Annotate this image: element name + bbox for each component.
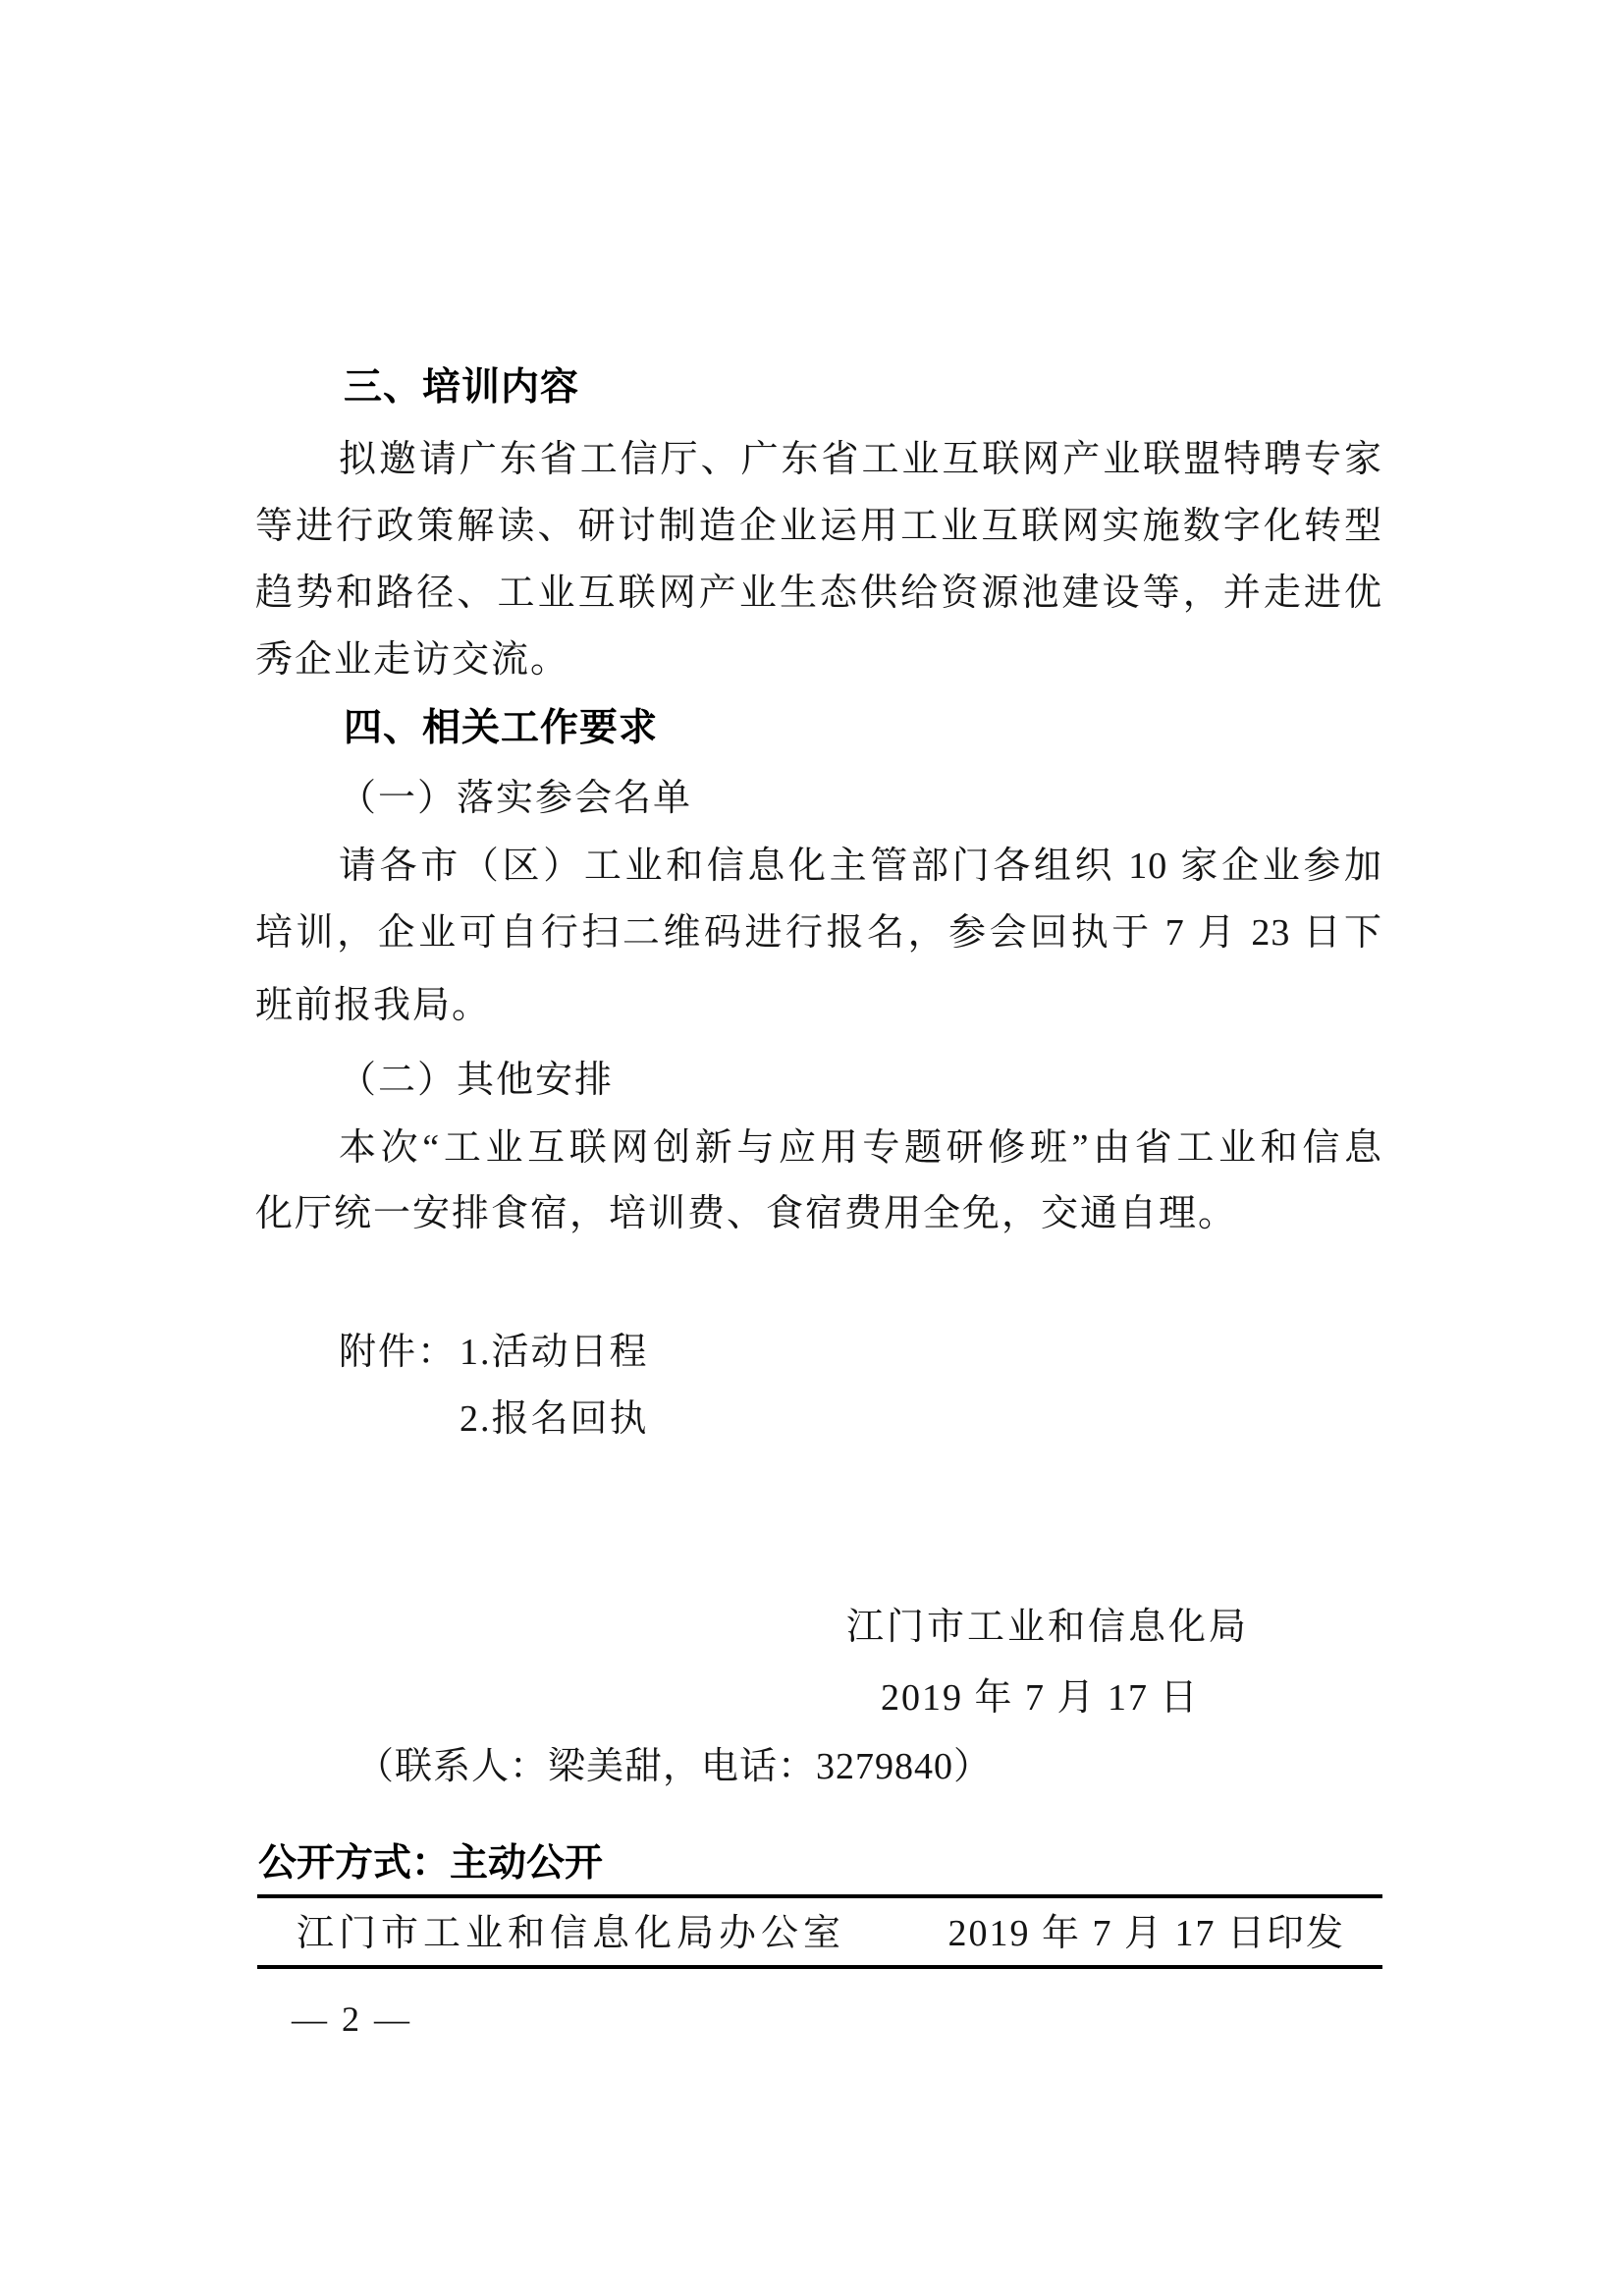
body-line: 培训，企业可自行扫二维码进行报名，参会回执于 7 月 23 日下 (255, 912, 1382, 956)
body-line: 趋势和路径、工业互联网产业生态供给资源池建设等，并走进优 (255, 573, 1382, 616)
attachment-item: 2.报名回执 (460, 1398, 649, 1442)
section-three-heading: 三、培训内容 (344, 367, 579, 410)
footer-rule-top (257, 1894, 1382, 1898)
page-number: — 2 — (292, 1999, 412, 2040)
body-line: 化厅统一安排食宿，培训费、食宿费用全免，交通自理。 (255, 1193, 1237, 1236)
publicity-heading: 公开方式：主动公开 (258, 1843, 603, 1886)
subsection-one-heading: （一）落实参会名单 (339, 778, 692, 821)
attachment-label: 附件： (339, 1332, 457, 1375)
footer-office: 江门市工业和信息化局办公室 (297, 1913, 845, 1956)
signature-date: 2019 年 7 月 17 日 (881, 1677, 1200, 1721)
body-line: 请各市（区）工业和信息化主管部门各组织 10 家企业参加 (339, 846, 1382, 889)
body-line: 等进行政策解读、研讨制造企业运用工业互联网实施数字化转型 (255, 506, 1382, 549)
attachment-item: 1.活动日程 (460, 1332, 649, 1375)
contact-line: （联系人：梁美甜，电话：3279840） (356, 1746, 992, 1789)
document-page: 三、培训内容 拟邀请广东省工信厅、广东省工业互联网产业联盟特聘专家 等进行政策解… (0, 0, 1623, 2296)
footer-print-date: 2019 年 7 月 17 日印发 (943, 1913, 1345, 1956)
subsection-two-heading: （二）其他安排 (339, 1060, 614, 1103)
body-line: 拟邀请广东省工信厅、广东省工业互联网产业联盟特聘专家 (339, 439, 1382, 482)
body-line: 本次“工业互联网创新与应用专题研修班”由省工业和信息 (339, 1127, 1382, 1171)
section-four-heading: 四、相关工作要求 (344, 708, 658, 750)
body-line: 班前报我局。 (255, 985, 491, 1028)
signature-org: 江门市工业和信息化局 (846, 1607, 1249, 1650)
body-line: 秀企业走访交流。 (255, 639, 569, 683)
footer-rule-bottom (257, 1965, 1382, 1969)
